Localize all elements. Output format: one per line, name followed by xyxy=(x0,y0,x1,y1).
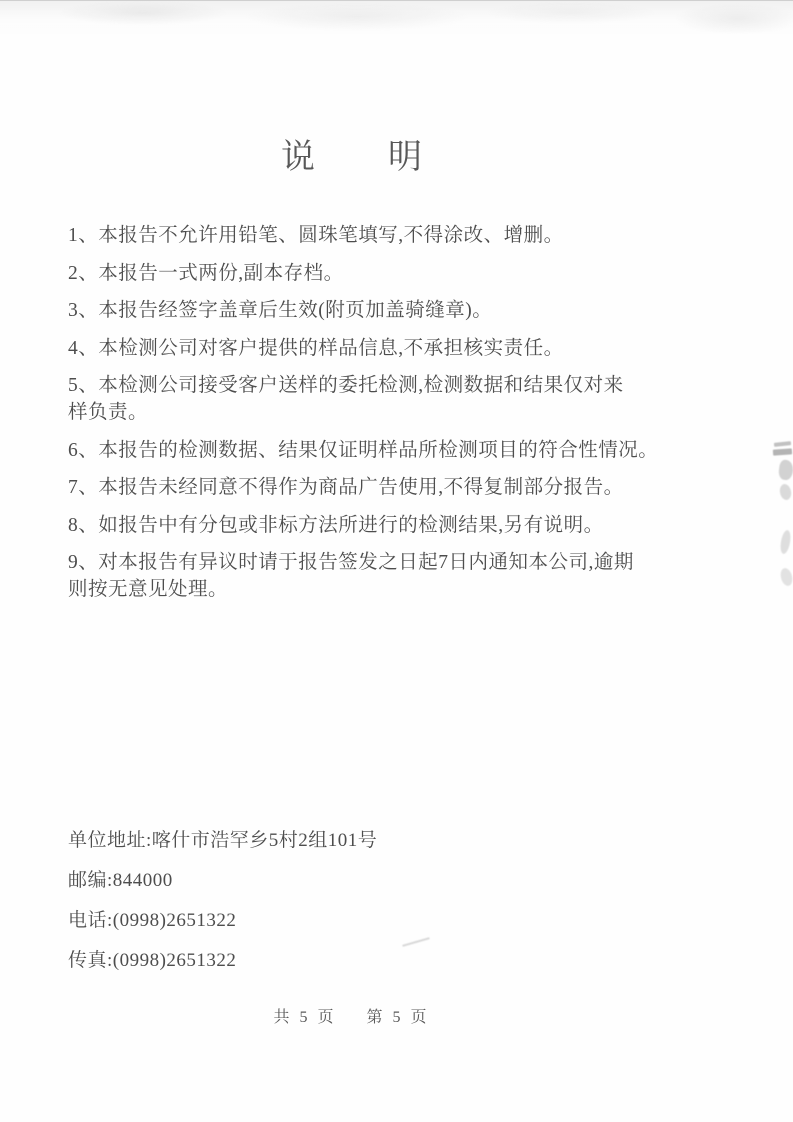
total-pages-label: 共 5 页 xyxy=(273,1004,336,1031)
contact-block: 单位地址:喀什市浩罕乡5村2组101号 邮编:844000 电话:(0998)2… xyxy=(68,827,668,987)
scan-artifact-right-bleed xyxy=(769,438,793,618)
contact-fax-line: 传真:(0998)2651322 xyxy=(68,947,668,974)
contact-address-line: 单位地址:喀什市浩罕乡5村2组101号 xyxy=(68,827,668,854)
note-item-5: 5、本检测公司接受客户送样的委托检测,检测数据和结果仅对来 样负责。 xyxy=(68,372,744,426)
note-item-2: 2、本报告一式两份,副本存档。 xyxy=(68,260,744,287)
current-page-label: 第 5 页 xyxy=(367,1004,430,1031)
scan-artifact-mark xyxy=(779,529,792,554)
report-notes-page: 说明 1、本报告不允许用铅笔、圆珠笔填写,不得涂改、增删。 2、本报告一式两份,… xyxy=(0,0,793,1122)
note-item-9: 9、对本报告有异议时请于报告签发之日起7日内通知本公司,逾期 则按无意见处理。 xyxy=(68,549,744,603)
contact-postcode-line: 邮编:844000 xyxy=(68,867,668,894)
note-item-8: 8、如报告中有分包或非标方法所进行的检测结果,另有说明。 xyxy=(68,512,744,539)
scan-artifact-top-band xyxy=(0,0,793,41)
contact-phone-line: 电话:(0998)2651322 xyxy=(68,907,668,934)
note-item-3: 3、本报告经签字盖章后生效(附页加盖骑缝章)。 xyxy=(68,297,744,324)
note-item-6: 6、本报告的检测数据、结果仅证明样品所检测项目的符合性情况。 xyxy=(68,437,744,464)
scan-artifact-mark xyxy=(778,483,792,501)
scan-artifact-mark xyxy=(778,459,793,481)
scan-artifact-mark xyxy=(773,448,792,455)
note-item-1: 1、本报告不允许用铅笔、圆珠笔填写,不得涂改、增删。 xyxy=(68,222,744,249)
page-number-footer: 共 5 页 第 5 页 xyxy=(0,1004,748,1031)
page-title: 说明 xyxy=(281,129,495,178)
scan-artifact-mark xyxy=(779,567,793,587)
notes-list: 1、本报告不允许用铅笔、圆珠笔填写,不得涂改、增删。 2、本报告一式两份,副本存… xyxy=(68,222,744,614)
scan-artifact-mark xyxy=(774,441,791,447)
note-item-7: 7、本报告未经同意不得作为商品广告使用,不得复制部分报告。 xyxy=(68,474,744,501)
note-item-4: 4、本检测公司对客户提供的样品信息,不承担核实责任。 xyxy=(68,335,744,362)
